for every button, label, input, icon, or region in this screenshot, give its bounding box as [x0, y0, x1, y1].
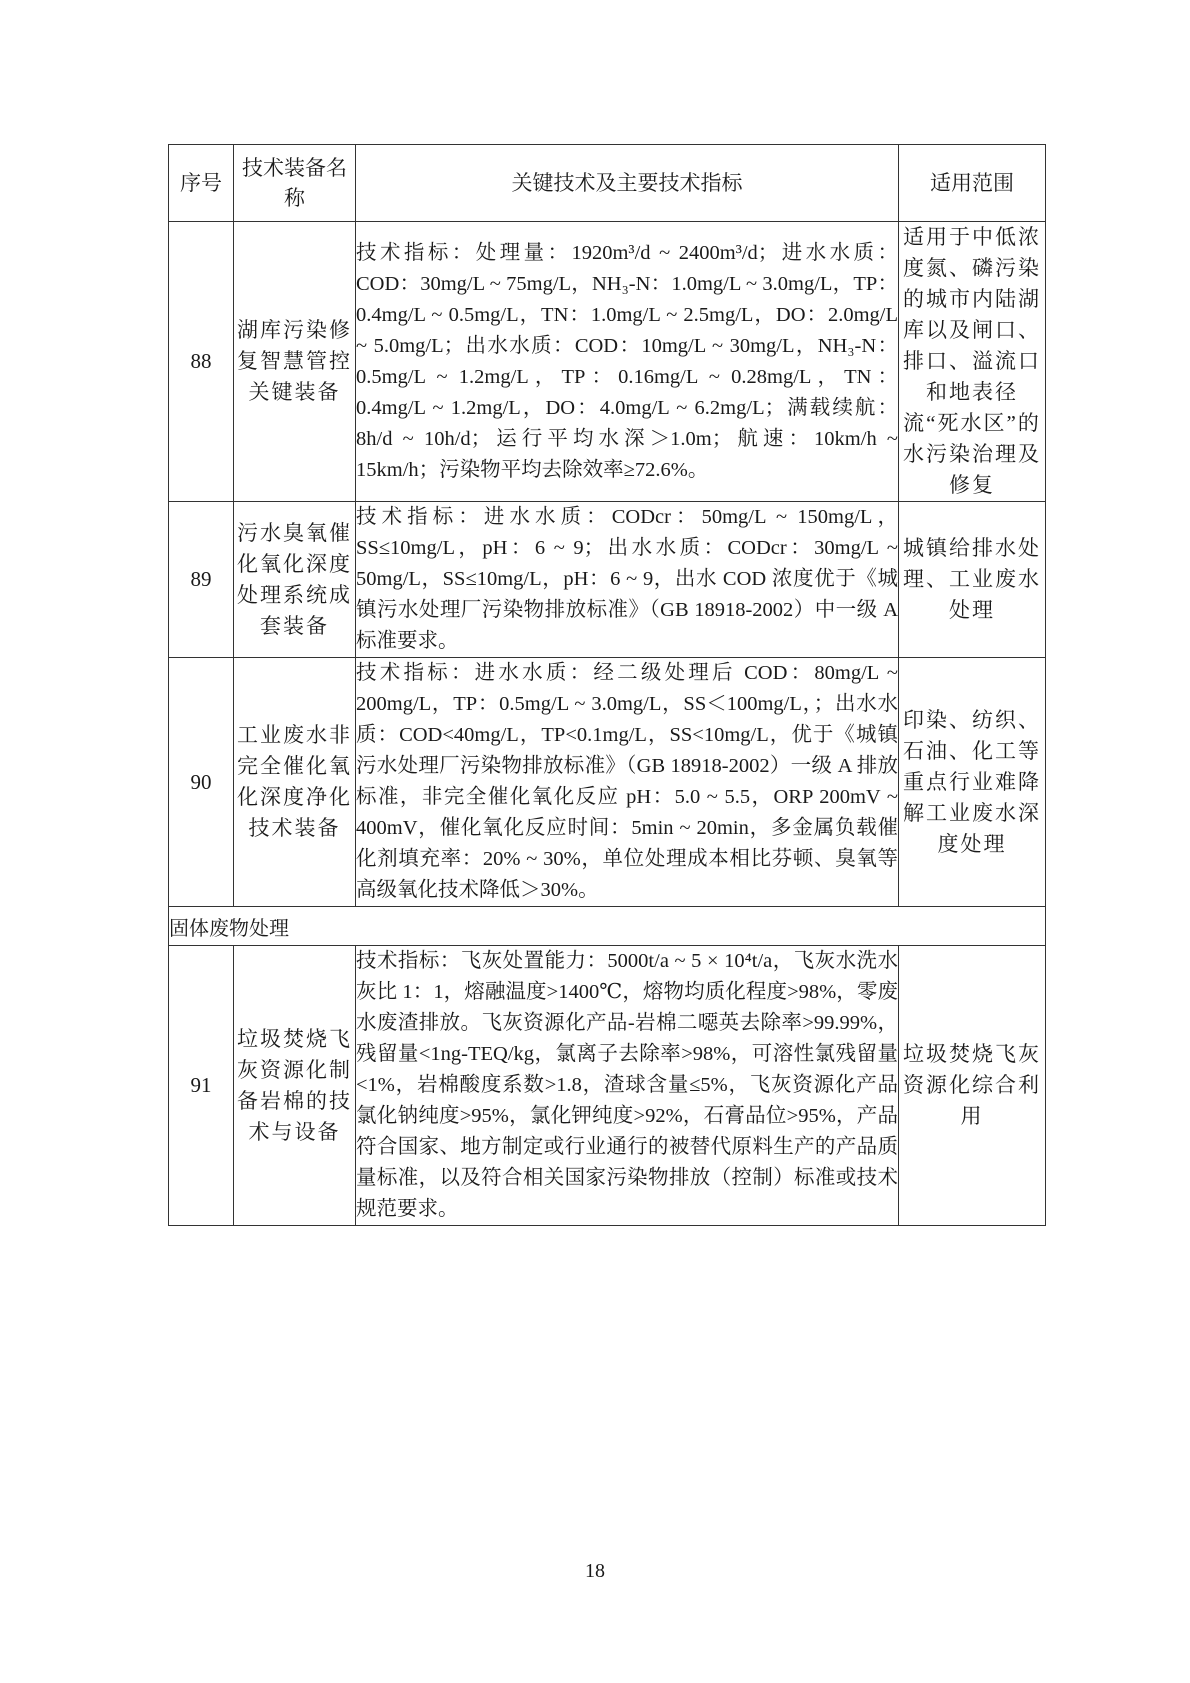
table-row: 88 湖库污染修复智慧管控关键装备 技术指标：处理量：1920m³/d ~ 24… — [169, 222, 1046, 502]
equipment-table: 序号 技术装备名称 关键技术及主要技术指标 适用范围 88 湖库污染修复智慧管控… — [168, 144, 1046, 1226]
table-row: 91 垃圾焚烧飞灰资源化制备岩棉的技术与设备 技术指标：飞灰处置能力：5000t… — [169, 946, 1046, 1226]
row-name: 工业废水非完全催化氧化深度净化技术装备 — [234, 658, 356, 907]
row-spec: 技术指标：进水水质：CODcr：50mg/L ~ 150mg/L，SS≤10mg… — [356, 502, 899, 658]
page-number: 18 — [0, 1560, 1190, 1583]
row-no: 88 — [169, 222, 234, 502]
row-spec: 技术指标：飞灰处置能力：5000t/a ~ 5 × 10⁴t/a，飞灰水洗水灰比… — [356, 946, 899, 1226]
row-spec: 技术指标：处理量：1920m³/d ~ 2400m³/d；进水水质：COD：30… — [356, 222, 899, 502]
row-scope: 印染、纺织、石油、化工等重点行业难降解工业废水深度处理 — [899, 658, 1046, 907]
row-no: 90 — [169, 658, 234, 907]
table-row: 90 工业废水非完全催化氧化深度净化技术装备 技术指标：进水水质：经二级处理后 … — [169, 658, 1046, 907]
header-scope: 适用范围 — [899, 145, 1046, 222]
table-row: 89 污水臭氧催化氧化深度处理系统成套装备 技术指标：进水水质：CODcr：50… — [169, 502, 1046, 658]
header-no: 序号 — [169, 145, 234, 222]
row-no: 89 — [169, 502, 234, 658]
header-name: 技术装备名称 — [234, 145, 356, 222]
section-title: 固体废物处理 — [169, 907, 1046, 946]
table-header-row: 序号 技术装备名称 关键技术及主要技术指标 适用范围 — [169, 145, 1046, 222]
row-name: 垃圾焚烧飞灰资源化制备岩棉的技术与设备 — [234, 946, 356, 1226]
row-no: 91 — [169, 946, 234, 1226]
row-scope: 城镇给排水处理、工业废水处理 — [899, 502, 1046, 658]
row-scope: 适用于中低浓度氮、磷污染的城市内陆湖库以及闸口、排口、溢流口和地表径流“死水区”… — [899, 222, 1046, 502]
row-scope: 垃圾焚烧飞灰资源化综合利用 — [899, 946, 1046, 1226]
row-spec: 技术指标：进水水质：经二级处理后 COD：80mg/L ~ 200mg/L，TP… — [356, 658, 899, 907]
row-name: 污水臭氧催化氧化深度处理系统成套装备 — [234, 502, 356, 658]
header-spec: 关键技术及主要技术指标 — [356, 145, 899, 222]
row-name: 湖库污染修复智慧管控关键装备 — [234, 222, 356, 502]
section-row: 固体废物处理 — [169, 907, 1046, 946]
